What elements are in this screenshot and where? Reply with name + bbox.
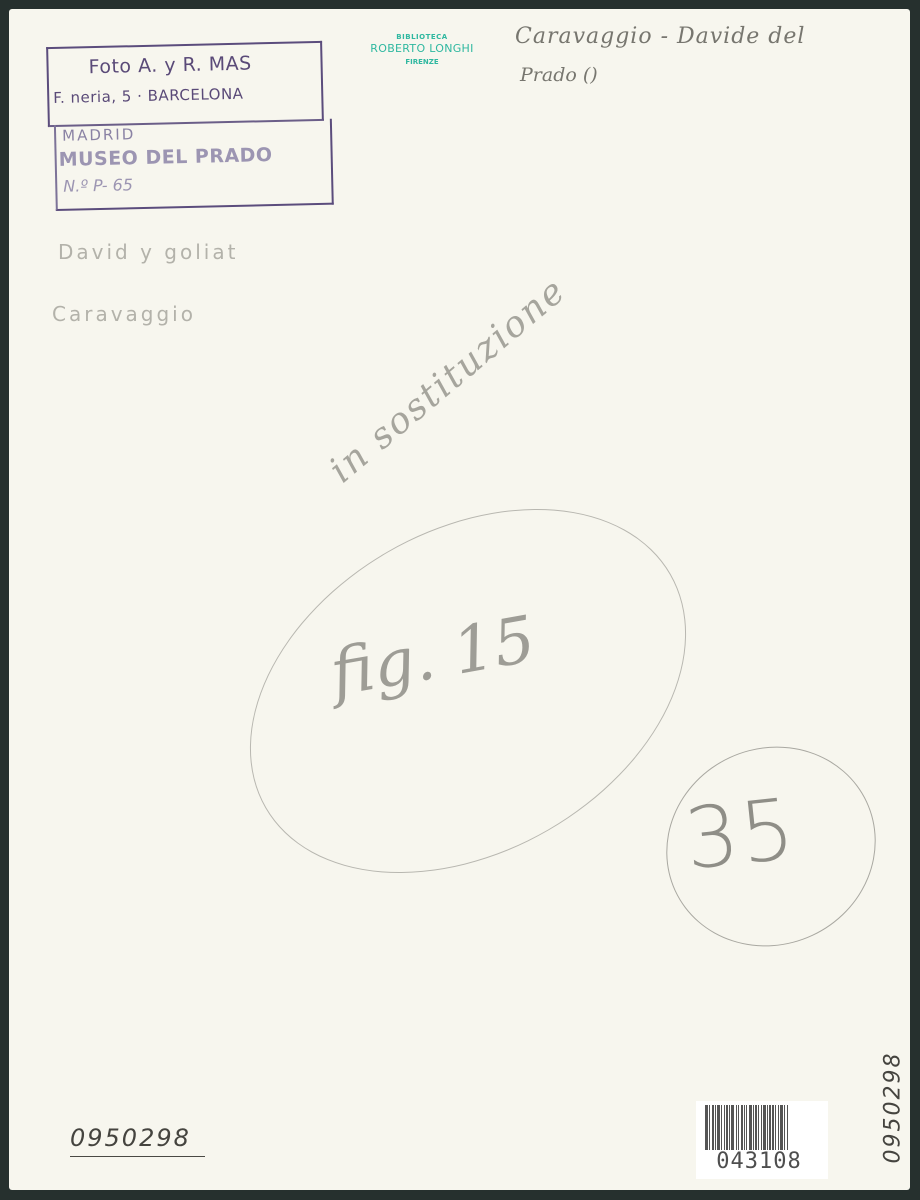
- barcode-label: 043108: [696, 1101, 828, 1179]
- handwritten-subject: David y goliat: [58, 240, 238, 264]
- inventory-number-left: 0950298: [70, 1124, 191, 1152]
- library-stamp-name: ROBERTO LONGHI: [362, 42, 482, 55]
- library-stamp-label: BIBLIOTECA: [362, 33, 482, 41]
- handwritten-artist: Caravaggio: [52, 302, 196, 326]
- stamp-studio-name: Foto A. y R. MAS: [88, 52, 252, 78]
- stamp-plate-number: N.º P- 65: [63, 175, 133, 196]
- handwritten-title-line2: Prado (): [520, 64, 598, 86]
- library-stamp-city: FIRENZE: [362, 58, 482, 66]
- inventory-underline: [70, 1156, 205, 1157]
- barcode-icon: [705, 1105, 813, 1150]
- inventory-number-right-vertical: 0950298: [881, 1054, 906, 1164]
- library-stamp: BIBLIOTECA ROBERTO LONGHI FIRENZE: [362, 33, 482, 66]
- handwritten-title: Caravaggio - Davide del: [515, 24, 805, 49]
- barcode-number: 043108: [696, 1149, 822, 1174]
- handwritten-circled-number: 35: [680, 779, 801, 888]
- stamp-city: MADRID: [62, 125, 136, 145]
- foto-mas-stamp: Foto A. y R. MAS F. neria, 5 · BARCELONA…: [46, 41, 326, 215]
